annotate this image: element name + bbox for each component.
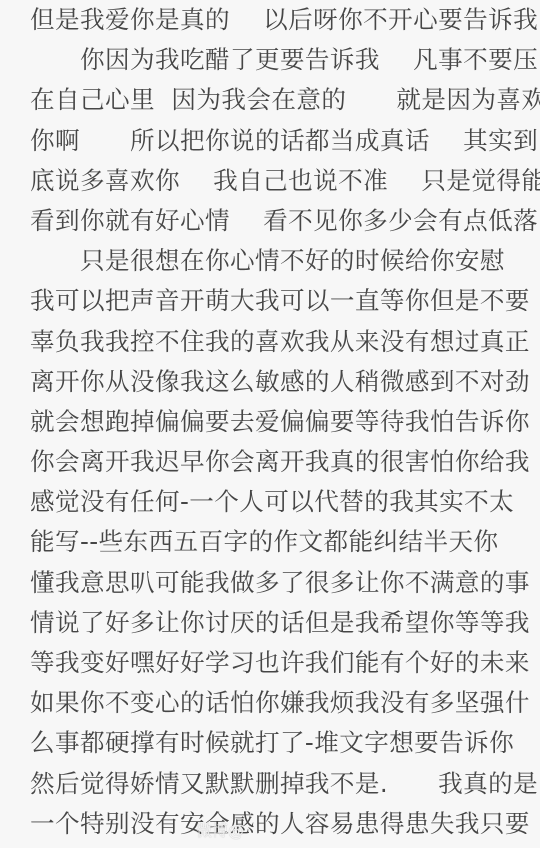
text-line: 辜负我我控不住我的喜欢我从来没有想过真正: [30, 322, 510, 362]
text-line: 底说多喜欢你 我自己也说不准 只是觉得能: [30, 161, 510, 201]
text-line: 我可以把声音开萌大我可以一直等你但是不要: [30, 281, 510, 321]
text-line: 离开你从没像我这么敏感的人稍微感到不对劲: [30, 362, 510, 402]
text-document: 但是我爱你是真的 以后呀你不开心要告诉我 你因为我吃醋了更要告诉我 凡事不要压 …: [30, 0, 510, 844]
text-line: 一个特别没有安全感的人容易患得患失我只要: [30, 804, 510, 844]
text-line: 懂我意思叭可能我做多了很多让你不满意的事: [30, 563, 510, 603]
text-line: 在自己心里 因为我会在意的 就是因为喜欢: [30, 80, 510, 120]
text-line: 然后觉得娇情又默默删掉我不是. 我真的是: [30, 764, 510, 804]
text-line: 看到你就有好心情 看不见你多少会有点低落: [30, 201, 510, 241]
watermark: 微博@: [196, 818, 244, 841]
text-line: 就会想跑掉偏偏要去爱偏偏要等待我怕告诉你: [30, 402, 510, 442]
text-line: 么事都硬撑有时候就打了-堆文字想要告诉你: [30, 723, 510, 763]
text-line: 你因为我吃醋了更要告诉我 凡事不要压: [30, 40, 510, 80]
text-line: 情说了好多让你讨厌的话但是我希望你等等我: [30, 603, 510, 643]
text-line: 如果你不变心的话怕你嫌我烦我没有多坚强什: [30, 683, 510, 723]
text-line: 感觉没有任何-一个人可以代替的我其实不太: [30, 482, 510, 522]
text-line: 只是很想在你心情不好的时候给你安慰: [30, 241, 510, 281]
text-line: 等我变好嘿好好学习也许我们能有个好的未来: [30, 643, 510, 683]
text-line: 能写--些东西五百字的作文都能纠结半天你: [30, 522, 510, 562]
text-line: 你啊 所以把你说的话都当成真话 其实到: [30, 121, 510, 161]
text-line: 你会离开我迟早你会离开我真的很害怕你给我: [30, 442, 510, 482]
text-line: 但是我爱你是真的 以后呀你不开心要告诉我: [30, 0, 510, 40]
